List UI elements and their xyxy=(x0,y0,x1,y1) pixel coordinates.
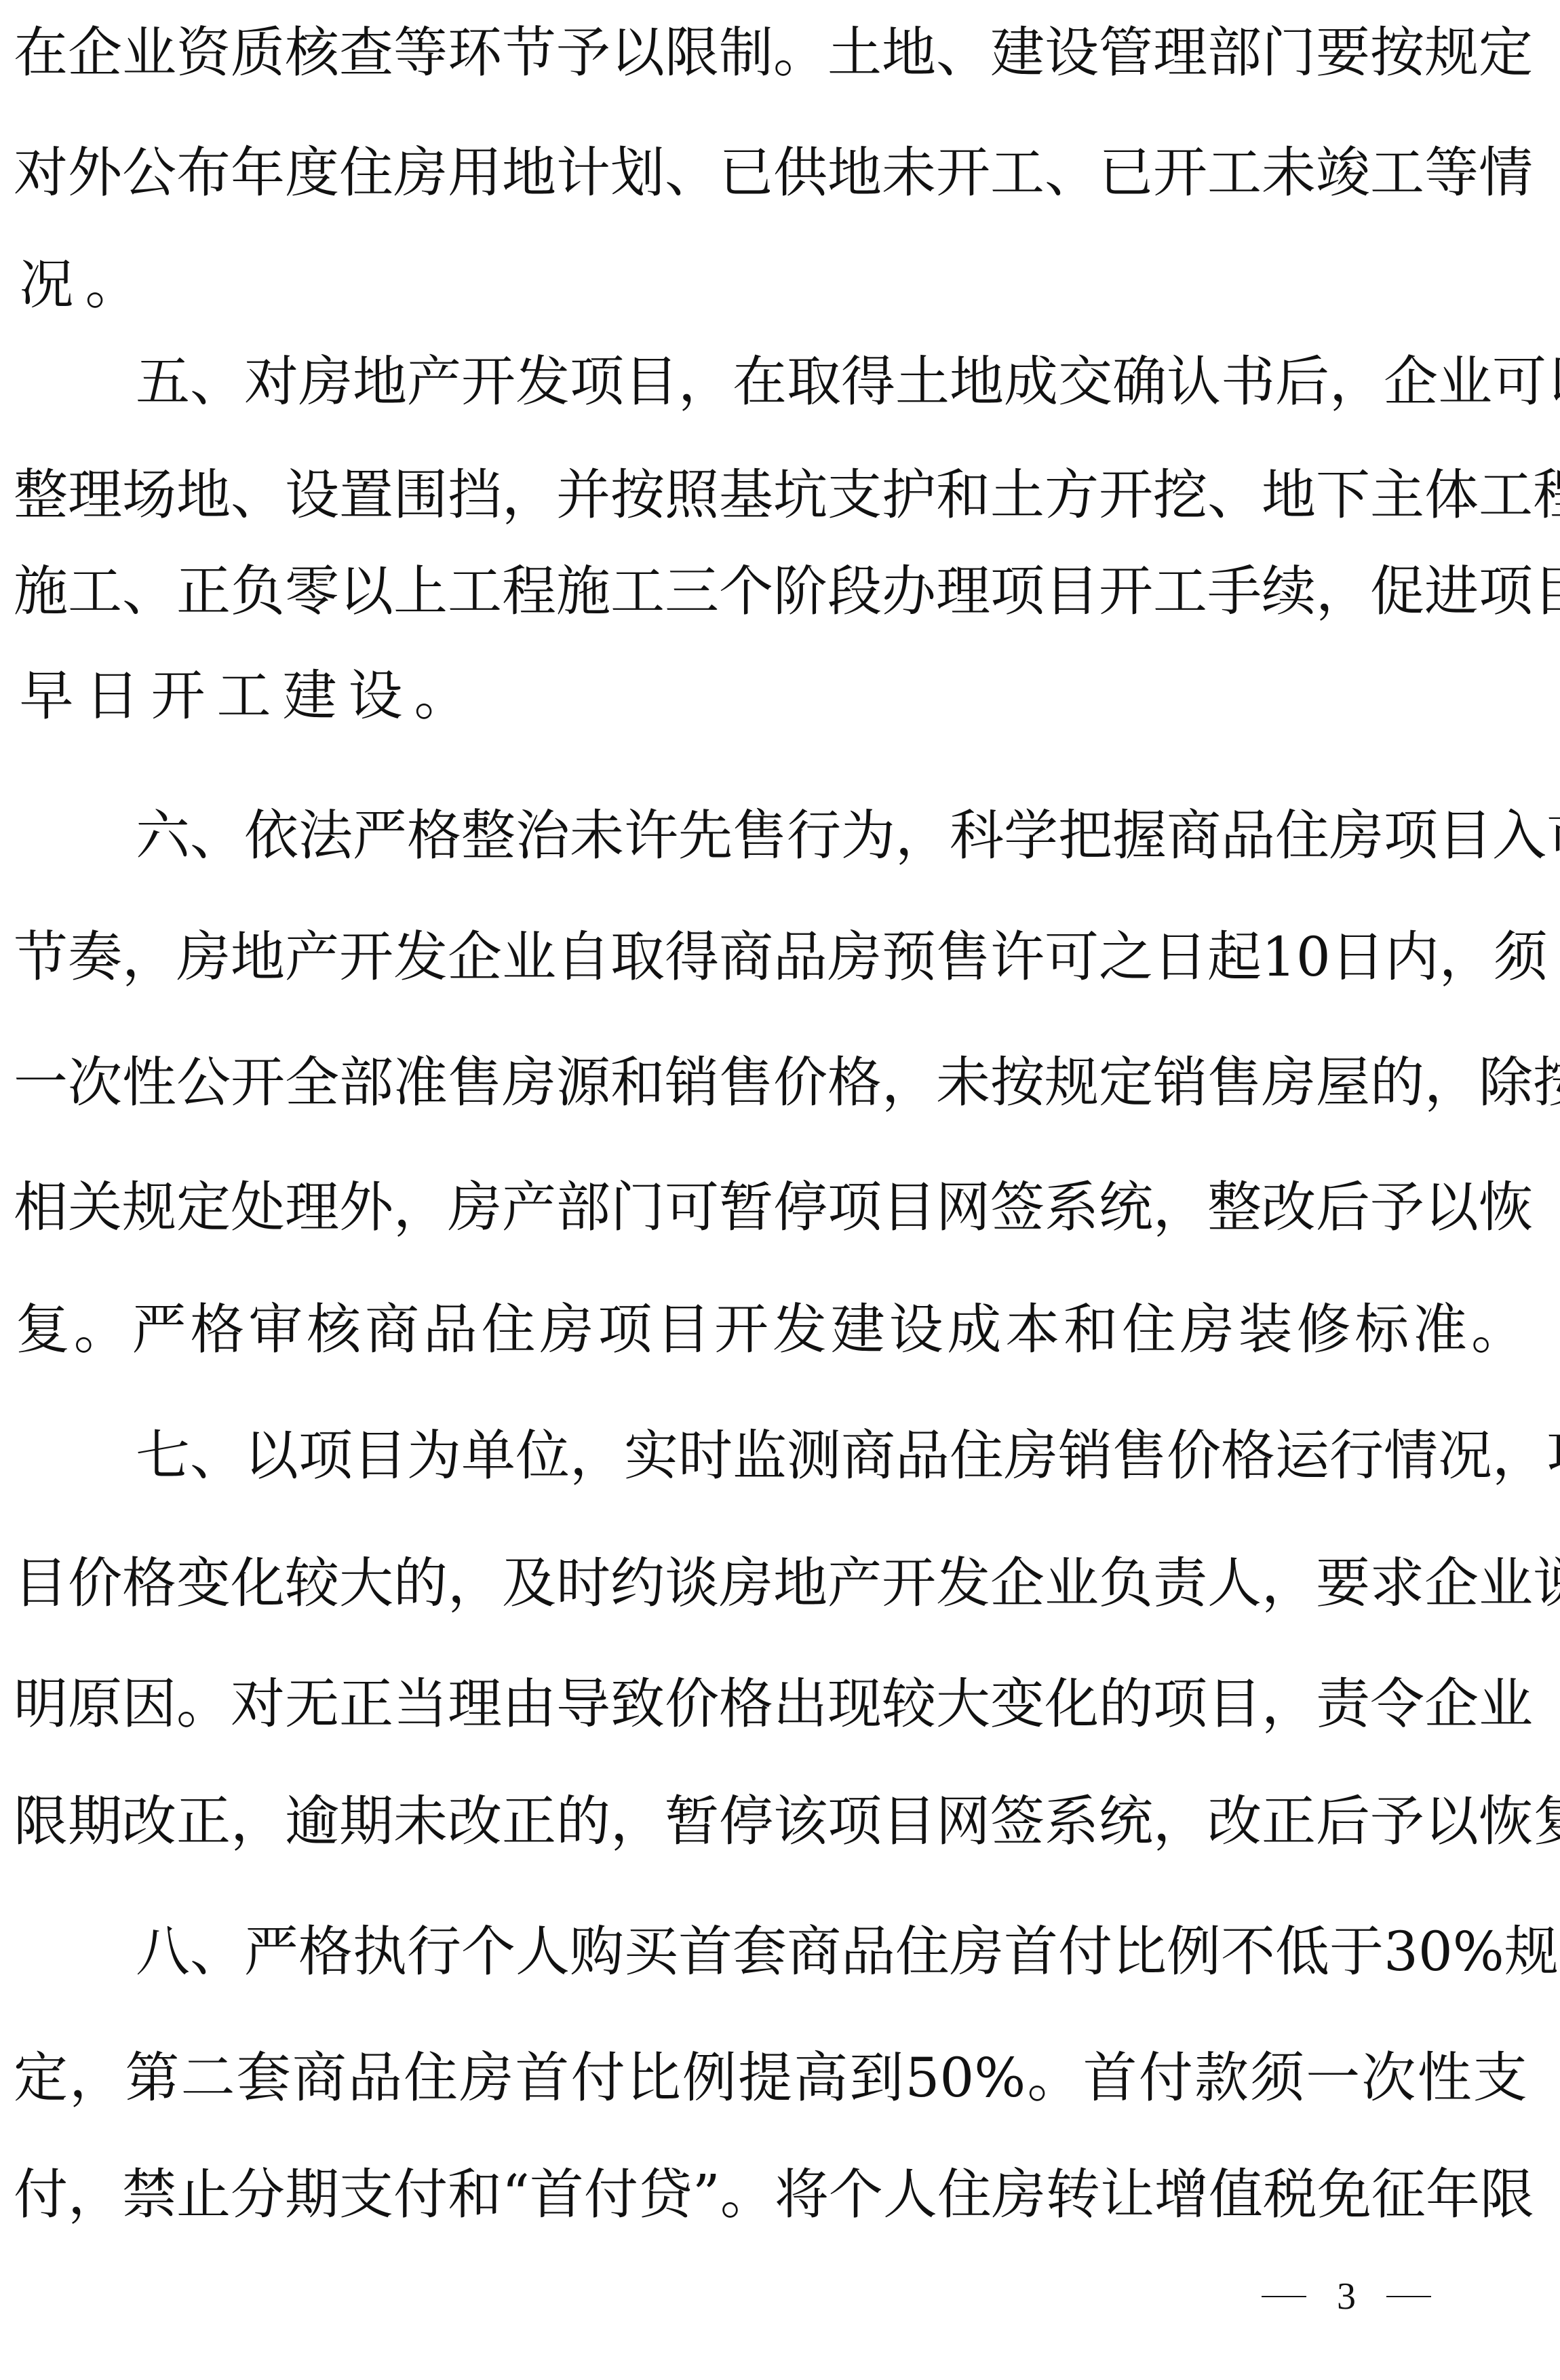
text-glyph: 地 xyxy=(231,925,285,990)
text-glyph: 50% xyxy=(905,2046,1026,2111)
text-glyph: 开 xyxy=(231,1050,285,1115)
text-glyph: 审 xyxy=(246,1297,305,1362)
text-glyph: 取 xyxy=(787,349,841,415)
text-glyph: 装 xyxy=(1236,1297,1295,1362)
text-glyph: 核 xyxy=(285,20,339,85)
text-glyph: 30% xyxy=(1384,1919,1504,1984)
text-glyph: 业 xyxy=(1045,1551,1099,1616)
text-glyph: 售 xyxy=(1207,1050,1262,1115)
text-glyph: 首 xyxy=(515,2046,569,2111)
text-glyph: 程 xyxy=(502,559,556,624)
text-glyph: 设 xyxy=(1045,20,1099,85)
text-glyph: 理 xyxy=(1153,20,1207,85)
text-glyph: 目 xyxy=(353,1423,407,1489)
text-line: 在企业资质核查等环节予以限制。土地、建设管理部门要按规定 xyxy=(14,20,1527,85)
text-glyph: 起 xyxy=(1207,925,1262,990)
text-glyph: 。 xyxy=(176,1672,231,1737)
text-glyph: 况 xyxy=(1438,1423,1492,1489)
text-glyph: 出 xyxy=(773,1672,827,1737)
text-glyph: 责 xyxy=(1153,1551,1207,1616)
text-glyph: 严 xyxy=(353,803,407,868)
text-glyph: 房 xyxy=(1178,1297,1236,1362)
text-glyph: 准 xyxy=(1411,1297,1469,1362)
text-line: 明原因。对无正当理由导致价格出现较大变化的项目，责令企业 xyxy=(14,1672,1527,1737)
text-glyph: 销 xyxy=(1058,1423,1112,1489)
text-glyph: 开 xyxy=(1099,559,1153,624)
text-glyph: 理 xyxy=(285,1175,339,1240)
text-glyph: 照 xyxy=(665,463,719,528)
document-page: 在企业资质核查等环节予以限制。土地、建设管理部门要按规定 对外公布年度住房用地计… xyxy=(0,0,1560,2380)
text-glyph: 网 xyxy=(936,1789,990,1854)
text-glyph: 在 xyxy=(14,20,68,85)
text-glyph: 免 xyxy=(1317,2162,1371,2227)
text-glyph: 格 xyxy=(1221,1423,1275,1489)
text-glyph: 。 xyxy=(773,20,827,85)
text-glyph: 时 xyxy=(678,1423,733,1489)
text-glyph: 一 xyxy=(14,1050,68,1115)
text-glyph: 目 xyxy=(14,1551,68,1616)
text-glyph: 房 xyxy=(459,2046,513,2111)
text-glyph: 正 xyxy=(176,1789,231,1854)
text-glyph: ， xyxy=(231,1789,285,1854)
text-glyph: 房 xyxy=(719,1551,773,1616)
text-glyph: 以 xyxy=(1546,349,1560,415)
text-glyph: 企 xyxy=(448,925,502,990)
text-glyph: 复 xyxy=(1533,1789,1560,1854)
text-glyph: 按 xyxy=(1533,1050,1560,1115)
text-glyph: 行 xyxy=(407,1919,461,1984)
text-glyph: 企 xyxy=(68,20,122,85)
text-glyph: 质 xyxy=(231,20,285,85)
text-glyph: 、 xyxy=(190,1919,244,1984)
text-glyph: 企 xyxy=(1384,349,1438,415)
text-glyph: 未 xyxy=(393,1789,448,1854)
text-glyph: ， xyxy=(448,1551,502,1616)
text-line: 早日开工建设。 xyxy=(14,664,1527,729)
text-glyph: 源 xyxy=(556,1050,610,1115)
text-glyph: 的 xyxy=(556,1789,610,1854)
text-glyph: 后 xyxy=(1316,1175,1370,1240)
text-glyph: 比 xyxy=(1112,1919,1167,1984)
text-glyph: 品 xyxy=(895,1423,950,1489)
text-glyph: 项 xyxy=(1384,803,1438,868)
text-glyph: 计 xyxy=(556,140,610,206)
text-glyph: 住 xyxy=(937,2162,992,2227)
text-glyph: 该 xyxy=(773,1789,827,1854)
text-glyph: 处 xyxy=(231,1175,285,1240)
text-glyph: 商 xyxy=(841,1423,895,1489)
text-glyph: 零 xyxy=(285,559,339,624)
text-glyph: 办 xyxy=(882,559,936,624)
text-glyph: 日 xyxy=(79,664,145,729)
text-line: 五、对房地产开发项目，在取得土地成交确认书后，企业可以 xyxy=(136,349,1527,415)
text-glyph: 在 xyxy=(733,349,787,415)
text-glyph: 工 xyxy=(610,559,665,624)
text-glyph: ， xyxy=(68,2162,122,2227)
text-glyph: 对 xyxy=(14,140,68,206)
text-glyph: 企 xyxy=(1424,1672,1479,1737)
text-glyph: 要 xyxy=(1316,20,1370,85)
text-line: 对外公布年度住房用地计划、已供地未开工、已开工未竣工等情 xyxy=(14,140,1527,206)
text-glyph: 税 xyxy=(1263,2162,1317,2227)
text-glyph: 位 xyxy=(515,1423,570,1489)
text-glyph: 环 xyxy=(448,20,502,85)
text-glyph: 个 xyxy=(719,559,773,624)
text-glyph: 。 xyxy=(720,2162,775,2227)
text-glyph: 以 xyxy=(1424,1175,1479,1240)
text-glyph: 大 xyxy=(936,1672,990,1737)
text-glyph: 首 xyxy=(678,1919,733,1984)
text-glyph: 工 xyxy=(990,140,1045,206)
text-glyph: 制 xyxy=(719,20,773,85)
text-glyph: 早 xyxy=(14,664,79,729)
text-glyph: 须 xyxy=(1250,2046,1304,2111)
text-glyph: 治 xyxy=(515,803,570,868)
text-glyph: 分 xyxy=(231,2162,285,2227)
text-glyph: 发 xyxy=(393,925,448,990)
text-glyph: 住 xyxy=(404,2046,458,2111)
text-glyph: 促 xyxy=(1370,559,1424,624)
text-glyph: 次 xyxy=(68,1050,122,1115)
text-glyph: 房 xyxy=(176,925,231,990)
text-glyph: 交 xyxy=(1058,349,1112,415)
text-glyph: 开 xyxy=(339,925,393,990)
text-glyph: ， xyxy=(1153,1175,1207,1240)
text-glyph: ， xyxy=(1492,1423,1546,1489)
text-glyph: 工 xyxy=(211,664,277,729)
text-glyph: 地 xyxy=(882,20,936,85)
text-glyph: 许 xyxy=(624,803,678,868)
text-glyph: 房 xyxy=(1262,1050,1316,1115)
text-glyph: 恢 xyxy=(1479,1175,1533,1240)
text-glyph: 全 xyxy=(285,1050,339,1115)
text-glyph: 、 xyxy=(1207,463,1262,528)
text-glyph: 地 xyxy=(773,1551,827,1616)
text-glyph: 、 xyxy=(936,20,990,85)
text-glyph: 测 xyxy=(787,1423,841,1489)
text-glyph: 停 xyxy=(719,1789,773,1854)
text-glyph: ， xyxy=(678,349,733,415)
text-glyph: 品 xyxy=(421,1297,480,1362)
text-glyph: 公 xyxy=(122,140,176,206)
text-glyph: 现 xyxy=(827,1672,882,1737)
text-glyph: ， xyxy=(1439,925,1494,990)
text-glyph: 项 xyxy=(570,349,624,415)
text-glyph: ， xyxy=(1316,559,1370,624)
text-glyph: 用 xyxy=(448,140,502,206)
text-glyph: 目 xyxy=(654,1297,712,1362)
text-glyph: 整 xyxy=(1207,1175,1262,1240)
text-glyph: 项 xyxy=(1546,1423,1560,1489)
text-glyph: 暂 xyxy=(665,1789,719,1854)
text-glyph: 。 xyxy=(1469,1297,1527,1362)
text-glyph: 的 xyxy=(1370,1050,1424,1115)
text-glyph: 目 xyxy=(882,1789,936,1854)
text-glyph: 七 xyxy=(136,1423,190,1489)
text-glyph: ， xyxy=(1262,1672,1316,1737)
text-glyph: 工 xyxy=(68,559,122,624)
text-glyph: 付 xyxy=(1058,1919,1112,1984)
text-glyph: 人 xyxy=(515,1919,570,1984)
text-glyph: 套 xyxy=(237,2046,291,2111)
text-glyph: 按 xyxy=(990,1050,1045,1115)
text-glyph: 对 xyxy=(244,349,298,415)
text-glyph: 。 xyxy=(408,664,474,729)
text-glyph: 。 xyxy=(72,1297,130,1362)
text-glyph: 开 xyxy=(936,140,990,206)
text-glyph: 款 xyxy=(1194,2046,1249,2111)
text-glyph: 工 xyxy=(448,559,502,624)
page-number: 3 xyxy=(1262,2276,1431,2317)
text-glyph: 后 xyxy=(1316,1789,1370,1854)
text-glyph: 改 xyxy=(122,1789,176,1854)
text-glyph: 进 xyxy=(1424,559,1479,624)
text-glyph: 挡 xyxy=(448,463,502,528)
text-glyph: 可 xyxy=(1045,925,1099,990)
text-glyph: 部 xyxy=(339,1050,393,1115)
text-glyph: 行 xyxy=(1329,1423,1384,1489)
text-glyph: 、 xyxy=(231,463,285,528)
text-line: 八、严格执行个人购买首套商品住房首付比例不低于30%规 xyxy=(136,1919,1527,1984)
text-glyph: 人 xyxy=(1207,1551,1262,1616)
text-glyph: 握 xyxy=(1112,803,1167,868)
text-glyph: 支 xyxy=(827,463,882,528)
text-glyph: 、 xyxy=(190,1423,244,1489)
text-glyph: 等 xyxy=(393,20,448,85)
text-glyph: 项 xyxy=(990,559,1045,624)
text-glyph: 挖 xyxy=(1153,463,1207,528)
text-line: 限期改正，逾期未改正的，暂停该项目网签系统，改正后予以恢复。 xyxy=(14,1789,1527,1854)
text-glyph: 企 xyxy=(1424,1551,1479,1616)
text-glyph: 套 xyxy=(733,1919,787,1984)
text-glyph: 品 xyxy=(773,925,827,990)
text-glyph: 日 xyxy=(1153,925,1207,990)
text-glyph: 地 xyxy=(176,463,231,528)
text-glyph: 付 xyxy=(14,2162,68,2227)
text-glyph: 手 xyxy=(1207,559,1262,624)
text-glyph: 方 xyxy=(1045,463,1099,528)
text-glyph: 已 xyxy=(719,140,773,206)
text-glyph: 规 xyxy=(1504,1919,1559,1984)
text-glyph: 定 xyxy=(1479,20,1533,85)
text-glyph: 须 xyxy=(1494,925,1548,990)
text-glyph: 产 xyxy=(285,925,339,990)
text-glyph: 预 xyxy=(882,925,936,990)
text-glyph: 付 xyxy=(584,2162,638,2227)
text-glyph: ， xyxy=(1424,1050,1479,1115)
text-glyph: ” xyxy=(693,2162,720,2227)
text-line: 节奏，房地产开发企业自取得商品房预售许可之日起10日内，须 xyxy=(14,925,1527,990)
text-glyph: 售 xyxy=(448,1050,502,1115)
text-glyph: 价 xyxy=(68,1551,122,1616)
text-glyph: ， xyxy=(1153,1789,1207,1854)
text-glyph: 二 xyxy=(180,2046,235,2111)
text-glyph: 限 xyxy=(1480,2162,1534,2227)
text-glyph: 设 xyxy=(343,664,408,729)
text-glyph: 正 xyxy=(176,559,231,624)
text-glyph: 网 xyxy=(936,1175,990,1240)
text-glyph: 变 xyxy=(990,1672,1045,1737)
text-line: 整理场地、设置围挡，并按照基坑支护和土方开挖、地下主体工程 xyxy=(14,463,1527,528)
text-glyph: 化 xyxy=(1045,1672,1099,1737)
text-glyph: 因 xyxy=(122,1672,176,1737)
text-glyph: 导 xyxy=(556,1672,610,1737)
text-glyph: 后 xyxy=(1275,349,1329,415)
text-glyph: 节 xyxy=(502,20,556,85)
text-glyph: 以 xyxy=(1424,1789,1479,1854)
text-glyph: 门 xyxy=(610,1175,665,1240)
text-glyph: 时 xyxy=(556,1551,610,1616)
text-glyph: 约 xyxy=(610,1551,665,1616)
text-glyph: 自 xyxy=(556,925,610,990)
text-glyph: 令 xyxy=(1370,1672,1424,1737)
text-glyph: 格 xyxy=(189,1297,247,1362)
text-glyph: 目 xyxy=(1533,559,1560,624)
text-glyph: 较 xyxy=(285,1551,339,1616)
text-glyph: 等 xyxy=(1424,140,1479,206)
text-glyph: 产 xyxy=(827,1551,882,1616)
text-glyph: 增 xyxy=(1154,2162,1209,2227)
text-glyph: 基 xyxy=(719,463,773,528)
text-glyph: 得 xyxy=(841,349,895,415)
text-glyph: 逾 xyxy=(285,1789,339,1854)
text-glyph: 规 xyxy=(1424,20,1479,85)
text-glyph: 设 xyxy=(887,1297,945,1362)
text-glyph: 商 xyxy=(787,1919,841,1984)
text-glyph: 可 xyxy=(665,1175,719,1240)
text-glyph: 格 xyxy=(827,1050,882,1115)
text-glyph: 关 xyxy=(68,1175,122,1240)
text-glyph: 业 xyxy=(1479,1672,1533,1737)
text-glyph: 土 xyxy=(895,349,950,415)
text-glyph: 和 xyxy=(936,463,990,528)
text-glyph: 目 xyxy=(882,1175,936,1240)
text-glyph: 售 xyxy=(719,1050,773,1115)
text-glyph: 竣 xyxy=(1316,140,1370,206)
text-glyph: 售 xyxy=(936,925,990,990)
text-glyph: 的 xyxy=(393,1551,448,1616)
text-glyph: 管 xyxy=(1099,20,1153,85)
text-glyph: 可 xyxy=(1492,349,1546,415)
text-glyph: 项 xyxy=(827,1789,882,1854)
text-glyph: 性 xyxy=(1418,2046,1472,2111)
text-glyph: 说 xyxy=(1533,1551,1560,1616)
text-glyph: 。 xyxy=(1027,2046,1081,2111)
text-glyph: 复 xyxy=(14,1297,72,1362)
text-glyph: 目 xyxy=(1045,559,1099,624)
text-glyph: 限 xyxy=(665,20,719,85)
text-glyph: 房 xyxy=(538,1297,596,1362)
text-glyph: 格 xyxy=(298,1919,353,1984)
text-glyph: 提 xyxy=(738,2046,792,2111)
text-glyph: 依 xyxy=(244,803,298,868)
text-glyph: 供 xyxy=(773,140,827,206)
text-glyph: 除 xyxy=(1479,1050,1533,1115)
page-number-value: 3 xyxy=(1337,2275,1356,2318)
text-glyph: 门 xyxy=(1262,20,1316,85)
text-glyph: 发 xyxy=(515,349,570,415)
text-line: 七、以项目为单位，实时监测商品住房销售价格运行情况，项 xyxy=(136,1423,1527,1489)
text-glyph: 转 xyxy=(1046,2162,1100,2227)
text-glyph: ， xyxy=(69,2046,123,2111)
text-glyph: 性 xyxy=(122,1050,176,1115)
text-glyph: 签 xyxy=(990,1789,1045,1854)
text-glyph: 正 xyxy=(339,1672,393,1737)
text-glyph: 工 xyxy=(1207,140,1262,206)
text-glyph: 于 xyxy=(1329,1919,1384,1984)
text-glyph: “ xyxy=(502,2162,530,2227)
text-glyph: 商 xyxy=(1167,803,1221,868)
text-glyph: 销 xyxy=(1153,1050,1207,1115)
text-glyph: 严 xyxy=(130,1297,189,1362)
text-glyph: 未 xyxy=(570,803,624,868)
text-glyph: 施 xyxy=(14,559,68,624)
text-glyph: 法 xyxy=(298,803,353,868)
text-glyph: 土 xyxy=(990,463,1045,528)
text-glyph: 公 xyxy=(176,1050,231,1115)
text-glyph: 得 xyxy=(665,925,719,990)
text-glyph: 书 xyxy=(1221,349,1275,415)
text-glyph: 房 xyxy=(502,1050,556,1115)
text-glyph: 及 xyxy=(502,1551,556,1616)
text-line: 况。 xyxy=(14,252,1527,318)
text-glyph: 求 xyxy=(1370,1551,1424,1616)
text-glyph: 住 xyxy=(1275,803,1329,868)
text-glyph: 首 xyxy=(1083,2046,1137,2111)
text-glyph: 已 xyxy=(1099,140,1153,206)
text-glyph: 比 xyxy=(627,2046,681,2111)
text-glyph: 开 xyxy=(145,664,211,729)
text-glyph: 商 xyxy=(292,2046,347,2111)
text-glyph: 情 xyxy=(1384,1423,1438,1489)
text-glyph: 工 xyxy=(1370,140,1424,206)
text-glyph: 支 xyxy=(1473,2046,1527,2111)
text-glyph: 成 xyxy=(945,1297,1004,1362)
text-glyph: 、 xyxy=(665,140,719,206)
text-glyph: 改 xyxy=(1207,1789,1262,1854)
text-glyph: 致 xyxy=(610,1672,665,1737)
text-glyph: 房 xyxy=(1329,803,1384,868)
text-glyph: 况 xyxy=(14,252,79,318)
text-glyph: 例 xyxy=(682,2046,737,2111)
text-glyph: 段 xyxy=(827,559,882,624)
text-glyph: 予 xyxy=(556,20,610,85)
text-glyph: 售 xyxy=(733,803,787,868)
text-glyph: ， xyxy=(882,1050,936,1115)
text-glyph: 期 xyxy=(285,2162,339,2227)
text-glyph: 签 xyxy=(990,1175,1045,1240)
text-glyph: 购 xyxy=(570,1919,624,1984)
text-glyph: 年 xyxy=(1426,2162,1480,2227)
text-glyph: 到 xyxy=(849,2046,903,2111)
text-glyph: 整 xyxy=(461,803,515,868)
text-glyph: 企 xyxy=(990,1551,1045,1616)
text-glyph: 首 xyxy=(1004,1919,1058,1984)
text-glyph: 查 xyxy=(339,20,393,85)
text-glyph: 目 xyxy=(624,349,678,415)
text-glyph: 恢 xyxy=(1479,1789,1533,1854)
text-glyph: 地 xyxy=(950,349,1004,415)
text-glyph: 业 xyxy=(1479,1551,1533,1616)
text-glyph: 期 xyxy=(68,1789,122,1854)
text-glyph: 改 xyxy=(1262,1175,1316,1240)
text-glyph: 修 xyxy=(1295,1297,1353,1362)
text-glyph: 发 xyxy=(771,1297,829,1362)
text-glyph: 征 xyxy=(1371,2162,1426,2227)
text-glyph: 许 xyxy=(990,925,1045,990)
text-glyph: 程 xyxy=(1533,463,1560,528)
text-glyph: 未 xyxy=(936,1050,990,1115)
